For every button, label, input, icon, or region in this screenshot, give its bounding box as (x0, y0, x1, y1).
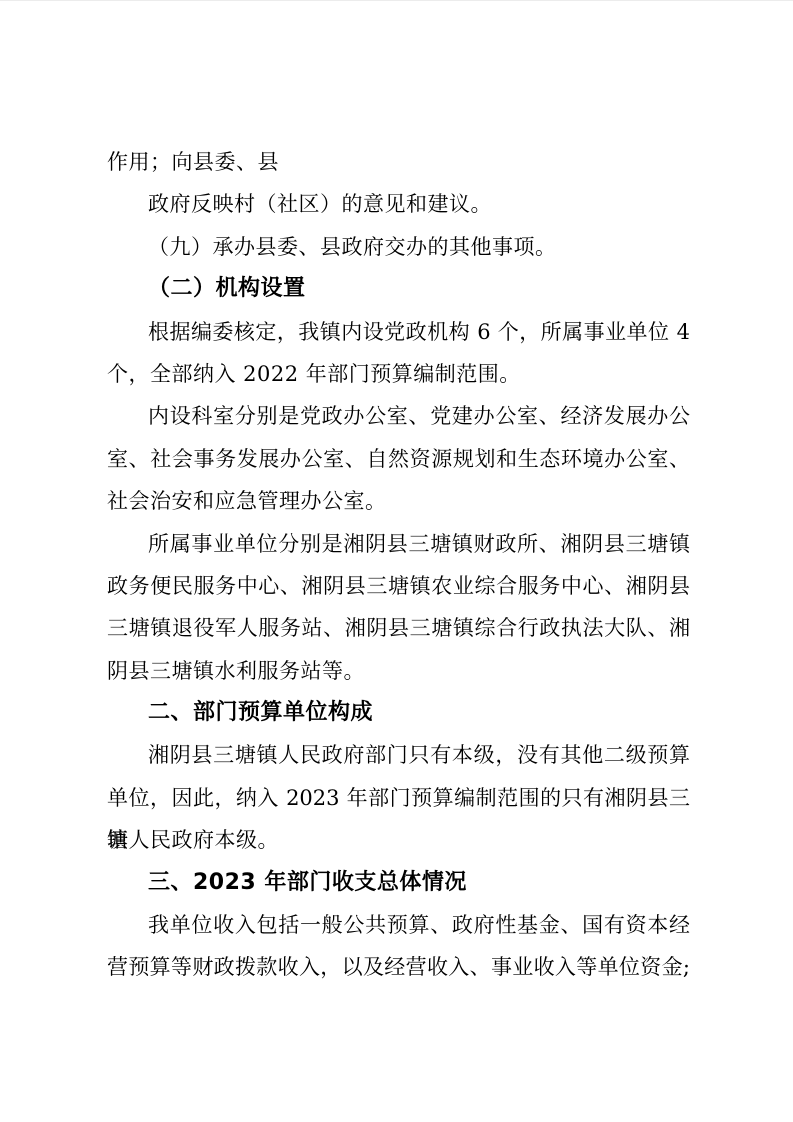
text-line: 内设科室分别是党政办公室、党建办公室、经济发展办公 (107, 395, 690, 437)
text-line: 根据编委核定，我镇内设党政机构 6 个，所属事业单位 4 (107, 311, 690, 353)
section-heading-organization-setup: （二）机构设置 (107, 268, 690, 310)
text-line: 个，全部纳入 2022 年部门预算编制范围。 (107, 353, 690, 395)
text-line: 镇人民政府本级。 (107, 819, 690, 861)
text-line: 阴县三塘镇水利服务站等。 (107, 650, 690, 692)
text-line: 政府反映村（社区）的意见和建议。 (107, 183, 690, 225)
text-line: 室、社会事务发展办公室、自然资源规划和生态环境办公室、 (107, 438, 690, 480)
document-page: 作用；向县委、县 政府反映村（社区）的意见和建议。 （九）承办县委、县政府交办的… (0, 0, 793, 1122)
text-line: （九）承办县委、县政府交办的其他事项。 (107, 226, 690, 268)
document-body: 作用；向县委、县 政府反映村（社区）的意见和建议。 （九）承办县委、县政府交办的… (107, 141, 690, 989)
section-heading-2023-budget-overview: 三、2023 年部门收支总体情况 (107, 862, 690, 904)
text-line: 三塘镇退役军人服务站、湘阴县三塘镇综合行政执法大队、湘 (107, 607, 690, 649)
text-line: 作用；向县委、县 (107, 141, 690, 183)
section-heading-budget-units: 二、部门预算单位构成 (107, 692, 690, 734)
text-line: 政务便民服务中心、湘阴县三塘镇农业综合服务中心、湘阴县 (107, 565, 690, 607)
text-line: 所属事业单位分别是湘阴县三塘镇财政所、湘阴县三塘镇 (107, 523, 690, 565)
text-line: 我单位收入包括一般公共预算、政府性基金、国有资本经 (107, 904, 690, 946)
text-line: 营预算等财政拨款收入，以及经营收入、事业收入等单位资金; (107, 946, 690, 988)
text-line: 单位，因此，纳入 2023 年部门预算编制范围的只有湘阴县三塘 (107, 777, 690, 819)
text-line: 社会治安和应急管理办公室。 (107, 480, 690, 522)
text-line: 湘阴县三塘镇人民政府部门只有本级，没有其他二级预算 (107, 734, 690, 776)
